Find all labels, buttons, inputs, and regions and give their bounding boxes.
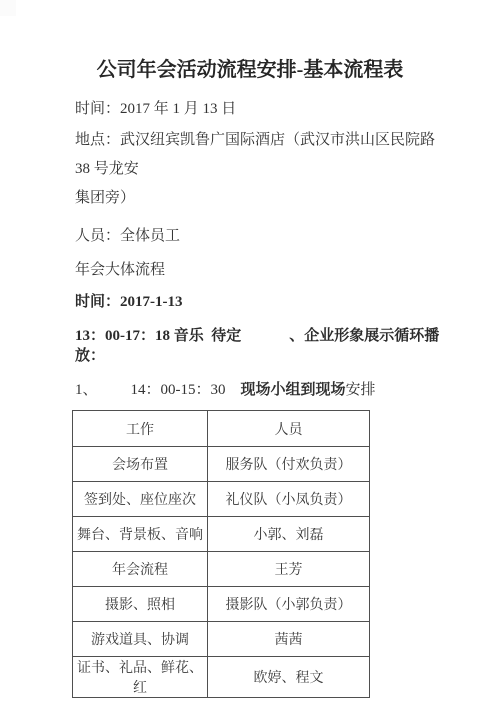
section-heading: 年会大体流程 bbox=[75, 260, 440, 280]
table-row: 证书、礼品、鲜花、红 欧婷、程文 bbox=[73, 657, 370, 698]
meta-location: 地点：武汉纽宾凯鲁广国际酒店（武汉市洪山区民院路 38 号龙安集团旁） bbox=[75, 126, 440, 213]
page-title: 公司年会活动流程安排-基本流程表 bbox=[0, 0, 500, 85]
meta-time: 时间：2017 年 1 月 13 日 bbox=[75, 99, 440, 119]
list-item-1: 1、14：00-15：30现场小组到现场安排 bbox=[75, 380, 440, 400]
people-cell: 欧婷、程文 bbox=[208, 657, 370, 698]
assignment-table: 工作 人员 会场布置 服务队（付欢负责） 签到处、座位座次 礼仪队（小凤负责） … bbox=[72, 410, 370, 698]
work-cell: 年会流程 bbox=[73, 552, 208, 587]
schedule-slot-time: 13：00-17：18 音乐 待定 bbox=[75, 328, 241, 344]
column-header-people: 人员 bbox=[208, 411, 370, 447]
table-row: 年会流程 王芳 bbox=[73, 552, 370, 587]
table-row: 会场布置 服务队（付欢负责） bbox=[73, 447, 370, 482]
schedule-slot: 13：00-17：18 音乐 待定、企业形象展示循环播放： bbox=[75, 326, 440, 366]
people-cell: 摄影队（小郭负责） bbox=[208, 587, 370, 622]
meta-people: 人员：全体员工 bbox=[75, 226, 440, 246]
scan-artifact-corner bbox=[0, 0, 16, 16]
people-cell: 小郭、刘磊 bbox=[208, 517, 370, 552]
table-header-row: 工作 人员 bbox=[73, 411, 370, 447]
work-cell: 游戏道具、协调 bbox=[73, 622, 208, 657]
work-cell: 证书、礼品、鲜花、红 bbox=[73, 657, 208, 698]
document-page: 公司年会活动流程安排-基本流程表 时间：2017 年 1 月 13 日 地点：武… bbox=[0, 0, 500, 707]
schedule-date: 时间：2017-1-13 bbox=[75, 292, 440, 312]
table-row: 舞台、背景板、音响 小郭、刘磊 bbox=[73, 517, 370, 552]
list-item-number: 1、 bbox=[75, 382, 98, 398]
list-item-task-rest: 安排 bbox=[346, 382, 376, 398]
people-cell: 礼仪队（小凤负责） bbox=[208, 482, 370, 517]
list-item-time: 14：00-15：30 bbox=[131, 382, 226, 398]
meta-location-line1: 地点：武汉纽宾凯鲁广国际酒店（武汉市洪山区民院路 38 号龙安 bbox=[75, 132, 443, 177]
people-cell: 服务队（付欢负责） bbox=[208, 447, 370, 482]
table-row: 签到处、座位座次 礼仪队（小凤负责） bbox=[73, 482, 370, 517]
meta-location-line2: 集团旁） bbox=[75, 190, 135, 206]
people-cell: 王芳 bbox=[208, 552, 370, 587]
table-row: 摄影、照相 摄影队（小郭负责） bbox=[73, 587, 370, 622]
work-cell: 舞台、背景板、音响 bbox=[73, 517, 208, 552]
table-row: 游戏道具、协调 茜茜 bbox=[73, 622, 370, 657]
column-header-work: 工作 bbox=[73, 411, 208, 447]
work-cell: 会场布置 bbox=[73, 447, 208, 482]
work-cell: 摄影、照相 bbox=[73, 587, 208, 622]
work-cell: 签到处、座位座次 bbox=[73, 482, 208, 517]
people-cell: 茜茜 bbox=[208, 622, 370, 657]
list-item-task-strong: 现场小组到现场 bbox=[241, 382, 346, 398]
